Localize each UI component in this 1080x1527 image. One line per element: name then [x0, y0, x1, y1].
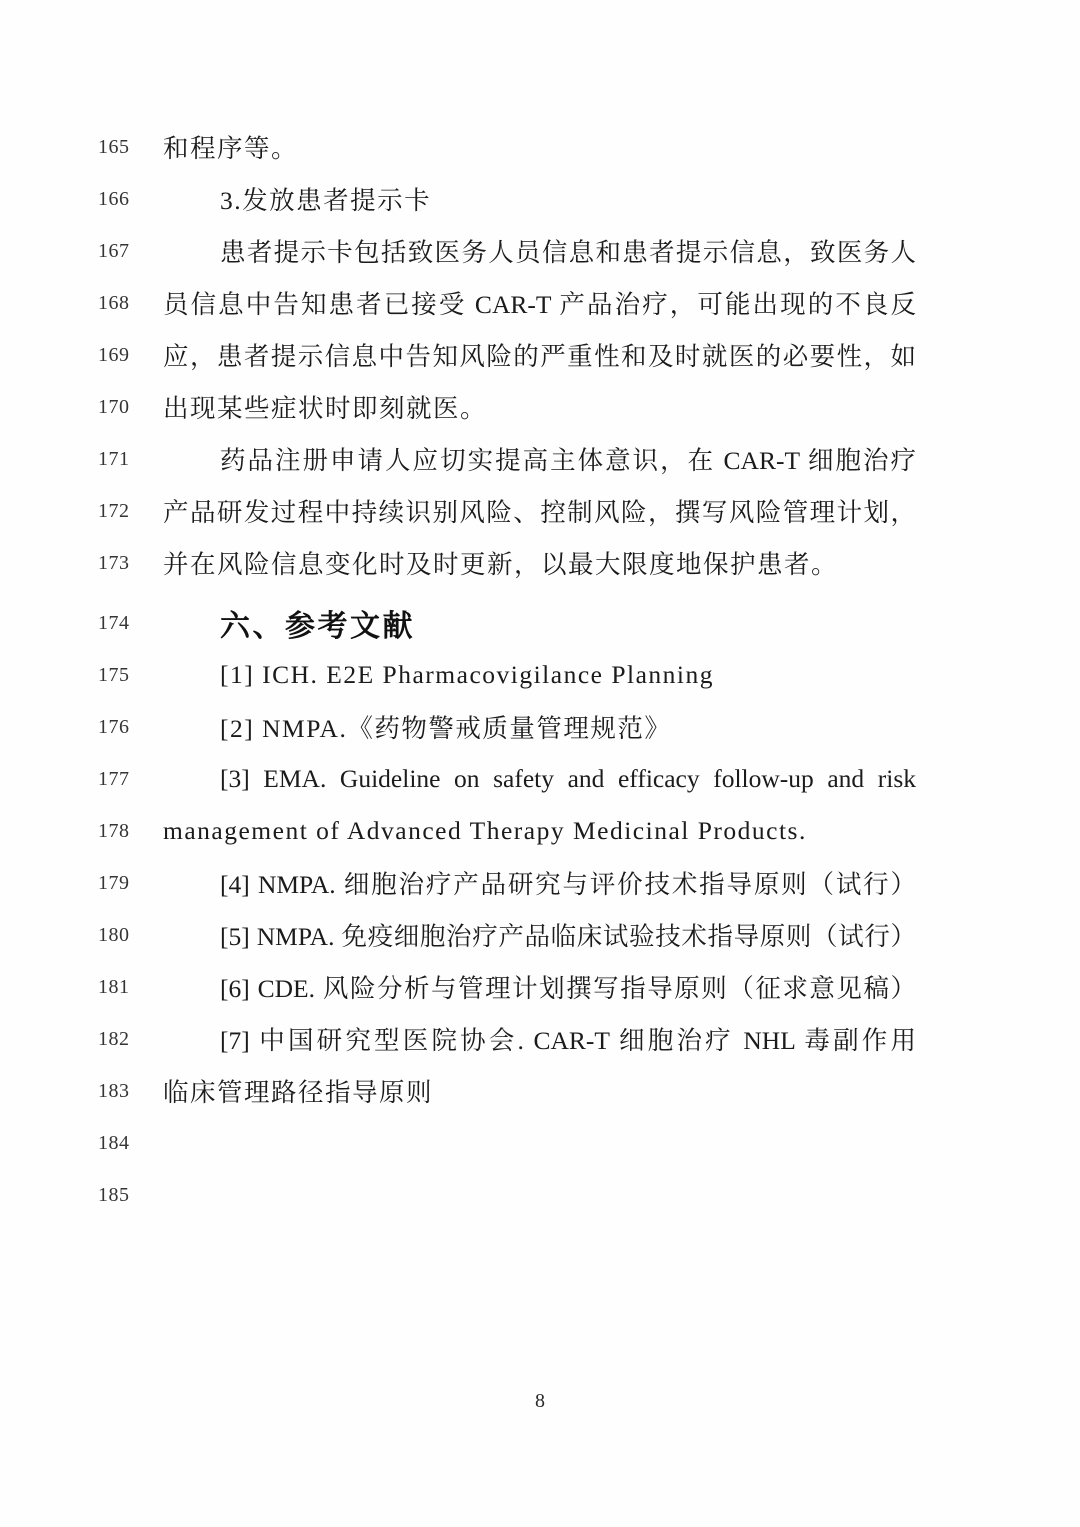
- doc-line-168: 168员信息中告知患者已接受 CAR-T 产品治疗，可能出现的不良反: [0, 277, 1080, 329]
- doc-line-182: 182[7] 中国研究型医院协会. CAR-T 细胞治疗 NHL 毒副作用: [0, 1013, 1080, 1065]
- doc-line-176: 176[2] NMPA.《药物警戒质量管理规范》: [0, 701, 1080, 753]
- doc-line-167: 167患者提示卡包括致医务人员信息和患者提示信息，致医务人: [0, 225, 1080, 277]
- line-text: [2] NMPA.《药物警戒质量管理规范》: [163, 709, 916, 745]
- line-number: 167: [98, 240, 163, 263]
- line-text: [3] EMA. Guideline on safety and efficac…: [163, 764, 916, 794]
- doc-line-170: 170出现某些症状时即刻就医。: [0, 381, 1080, 433]
- page-number: 8: [0, 1390, 1080, 1413]
- line-text: 应，患者提示信息中告知风险的严重性和及时就医的必要性，如: [163, 337, 916, 373]
- line-text: 和程序等。: [163, 129, 916, 165]
- line-text: management of Advanced Therapy Medicinal…: [163, 816, 916, 846]
- doc-line-185: 185: [0, 1169, 1080, 1221]
- line-number: 176: [98, 716, 163, 739]
- doc-line-177: 177[3] EMA. Guideline on safety and effi…: [0, 753, 1080, 805]
- document-body: 165和程序等。1663.发放患者提示卡167患者提示卡包括致医务人员信息和患者…: [0, 121, 1080, 1221]
- line-number: 179: [98, 872, 163, 895]
- line-text: [6] CDE. 风险分析与管理计划撰写指导原则（征求意见稿）: [163, 969, 916, 1005]
- line-number: 185: [98, 1184, 163, 1207]
- line-number: 172: [98, 500, 163, 523]
- line-number: 170: [98, 396, 163, 419]
- section-heading: 六、参考文献: [163, 601, 916, 645]
- line-text: 并在风险信息变化时及时更新，以最大限度地保护患者。: [163, 545, 916, 581]
- line-number: 169: [98, 344, 163, 367]
- doc-line-179: 179[4] NMPA. 细胞治疗产品研究与评价技术指导原则（试行）: [0, 857, 1080, 909]
- line-number: 174: [98, 612, 163, 635]
- line-number: 175: [98, 664, 163, 687]
- doc-line-165: 165和程序等。: [0, 121, 1080, 173]
- doc-line-171: 171药品注册申请人应切实提高主体意识，在 CAR-T 细胞治疗: [0, 433, 1080, 485]
- doc-line-175: 175[1] ICH. E2E Pharmacovigilance Planni…: [0, 649, 1080, 701]
- line-text: 药品注册申请人应切实提高主体意识，在 CAR-T 细胞治疗: [163, 441, 916, 477]
- line-number: 182: [98, 1028, 163, 1051]
- line-text: [1] ICH. E2E Pharmacovigilance Planning: [163, 660, 916, 690]
- line-number: 183: [98, 1080, 163, 1103]
- line-number: 166: [98, 188, 163, 211]
- doc-line-172: 172产品研发过程中持续识别风险、控制风险，撰写风险管理计划，: [0, 485, 1080, 537]
- doc-line-174: 174六、参考文献: [0, 597, 1080, 649]
- doc-line-184: 184: [0, 1117, 1080, 1169]
- line-text: 3.发放患者提示卡: [163, 181, 916, 217]
- line-number: 168: [98, 292, 163, 315]
- line-text: 出现某些症状时即刻就医。: [163, 389, 916, 425]
- line-number: 177: [98, 768, 163, 791]
- line-text: 产品研发过程中持续识别风险、控制风险，撰写风险管理计划，: [163, 493, 916, 529]
- line-number: 173: [98, 552, 163, 575]
- line-number: 180: [98, 924, 163, 947]
- line-text: [4] NMPA. 细胞治疗产品研究与评价技术指导原则（试行）: [163, 865, 916, 901]
- doc-line-178: 178management of Advanced Therapy Medici…: [0, 805, 1080, 857]
- doc-line-173: 173并在风险信息变化时及时更新，以最大限度地保护患者。: [0, 537, 1080, 589]
- doc-line-183: 183临床管理路径指导原则: [0, 1065, 1080, 1117]
- line-text: 员信息中告知患者已接受 CAR-T 产品治疗，可能出现的不良反: [163, 285, 916, 321]
- doc-line-166: 1663.发放患者提示卡: [0, 173, 1080, 225]
- line-text: [5] NMPA. 免疫细胞治疗产品临床试验技术指导原则（试行）: [163, 917, 916, 953]
- line-number: 184: [98, 1132, 163, 1155]
- doc-line-180: 180[5] NMPA. 免疫细胞治疗产品临床试验技术指导原则（试行）: [0, 909, 1080, 961]
- line-number: 165: [98, 136, 163, 159]
- line-text: 患者提示卡包括致医务人员信息和患者提示信息，致医务人: [163, 233, 916, 269]
- line-text: 临床管理路径指导原则: [163, 1073, 916, 1109]
- document-page: 165和程序等。1663.发放患者提示卡167患者提示卡包括致医务人员信息和患者…: [0, 0, 1080, 1527]
- line-number: 171: [98, 448, 163, 471]
- line-text: [7] 中国研究型医院协会. CAR-T 细胞治疗 NHL 毒副作用: [163, 1021, 916, 1057]
- doc-line-181: 181[6] CDE. 风险分析与管理计划撰写指导原则（征求意见稿）: [0, 961, 1080, 1013]
- doc-line-169: 169应，患者提示信息中告知风险的严重性和及时就医的必要性，如: [0, 329, 1080, 381]
- line-number: 181: [98, 976, 163, 999]
- line-number: 178: [98, 820, 163, 843]
